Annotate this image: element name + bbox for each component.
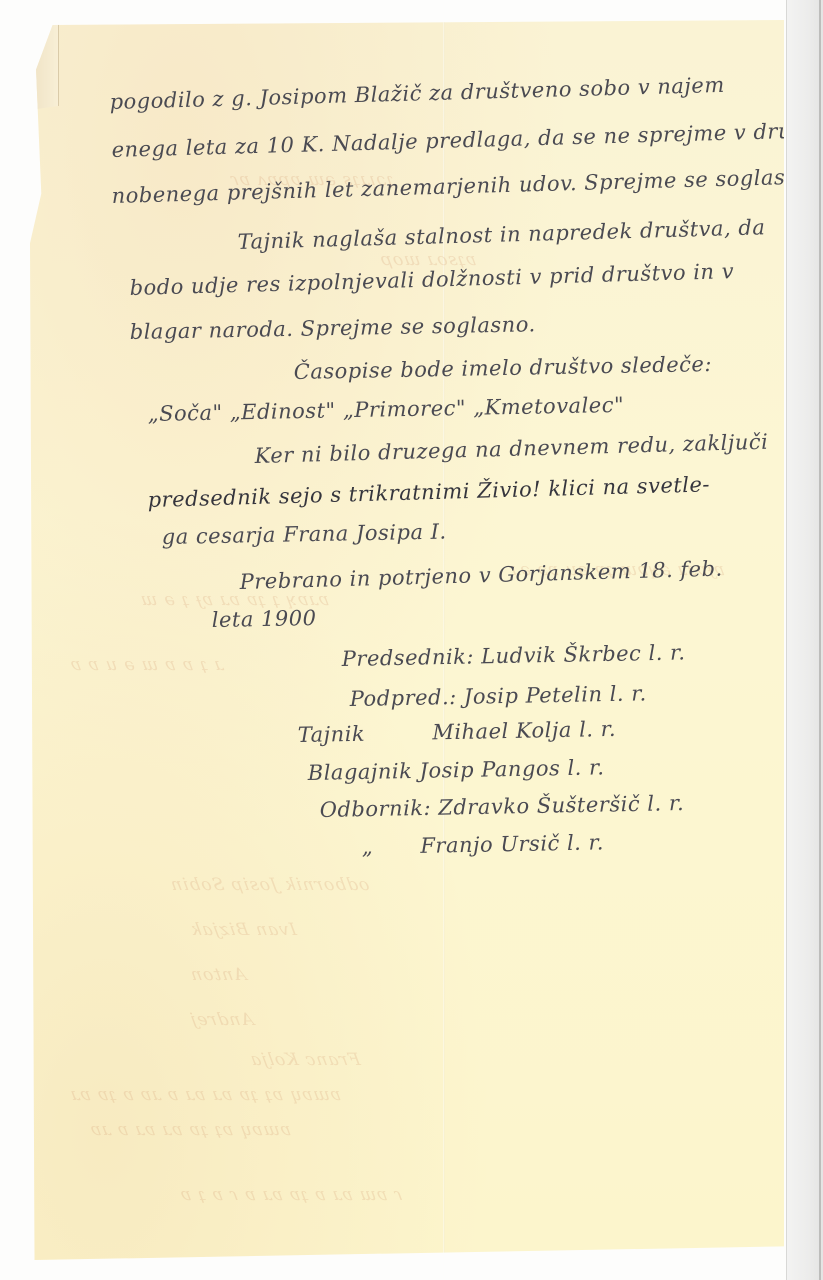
signature-role: Predsednik: — [342, 644, 475, 671]
bleed-through-text: Ivan Bizjak — [188, 920, 298, 940]
bleed-through-text: ɾ ɐɯ ɐɹ ɐ ʇɐ ɐɹ ɐ ɾ ɐ ʇ ɐ — [178, 1185, 404, 1205]
paper-sheet: ʇɔᴉɹʇs ǝɯ ɐpɐʌ ɐɾ ɐʇsoɹ ɯop ɐɟɐɹɹ ǝʞɐɯ ʇ… — [30, 20, 784, 1260]
signature-role: Blagajnik — [308, 759, 413, 785]
signature-name: Ludvik Škrbec l. r. — [481, 640, 686, 668]
signature-secretary: Tajnik Mihael Kolja l. r. — [298, 717, 617, 747]
signature-name: Zdravko Šušteršič l. r. — [438, 791, 684, 820]
handwritten-line: blagar naroda. Sprejme se soglasno. — [130, 312, 536, 344]
signature-treasurer: Blagajnik Josip Pangos l. r. — [308, 755, 605, 785]
folded-corner — [30, 16, 59, 110]
bleed-through-text: Franc Kolja — [248, 1050, 362, 1070]
scanned-page: ʇɔᴉɹʇs ǝɯ ɐpɐʌ ɐɾ ɐʇsoɹ ɯop ɐɟɐɹɹ ǝʞɐɯ ʇ… — [0, 0, 823, 1280]
date-line: Prebrano in potrjeno v Gorjanskem 18. fe… — [239, 557, 723, 594]
handwritten-line: enega leta za 10 K. Nadalje predlaga, da… — [111, 118, 823, 162]
handwritten-line: pogodilo z g. Josipom Blažič za društven… — [109, 73, 725, 114]
scanner-edge — [786, 0, 823, 1280]
bleed-through-text: ɐɯɐɥ ɐʇ ʇɐ ɐɹ ɐɹ ɐ ɹɐ ɐ ʇɐ ɐɹ — [68, 1085, 342, 1105]
bleed-through-text: ɐɯɐɥ ɐʇ ʇɐ ɐɹ ɐɹ ɐ ɹɐ — [88, 1120, 292, 1140]
signature-role: Podpred.: — [350, 685, 457, 711]
signature-name: Franjo Ursič l. r. — [420, 830, 604, 858]
signature-role: Tajnik — [298, 722, 366, 747]
year-line: leta 1900 — [212, 606, 317, 632]
signature-name: Mihael Kolja l. r. — [432, 717, 616, 745]
signature-name: Josip Pangos l. r. — [419, 755, 604, 783]
bleed-through-text: Andrej — [188, 1010, 255, 1030]
handwritten-line: ga cesarja Frana Josipa I. — [162, 520, 447, 549]
signature-board-member: Odbornik: Zdravko Šušteršič l. r. — [320, 791, 685, 822]
bleed-through-text: Anton — [188, 965, 248, 985]
signature-president: Predsednik: Ludvik Škrbec l. r. — [342, 640, 686, 671]
signature-name: Josip Petelin l. r. — [464, 681, 647, 709]
bleed-through-text: ɹ ʇ ɐ ɐ ɯ ǝ u ɐ ɐ — [68, 655, 225, 675]
handwritten-line: nobenega prejšnih let zanemarjenih udov.… — [111, 164, 819, 208]
signature-board-member: „ Franjo Ursič l. r. — [362, 830, 605, 859]
handwritten-line: Ker ni bilo druzega na dnevnem redu, zak… — [254, 430, 768, 468]
signature-role: Odbornik: — [320, 796, 432, 822]
signature-vice-president: Podpred.: Josip Petelin l. r. — [350, 681, 647, 711]
handwritten-line: Časopise bode imelo društvo sledeče: — [294, 352, 713, 384]
signature-role: „ — [362, 835, 374, 859]
newspaper-list: „Soča" „Edinost" „Primorec" „Kmetovalec" — [148, 393, 625, 426]
handwritten-line: Tajnik naglaša stalnost in napredek druš… — [237, 215, 765, 254]
handwritten-line: predsednik sejo s trikratnimi Živio! kli… — [147, 472, 710, 512]
scanner-edge-line — [819, 0, 821, 1280]
bleed-through-text: odbornik Josip Sobin — [168, 875, 371, 895]
fold-crease — [443, 20, 445, 1260]
